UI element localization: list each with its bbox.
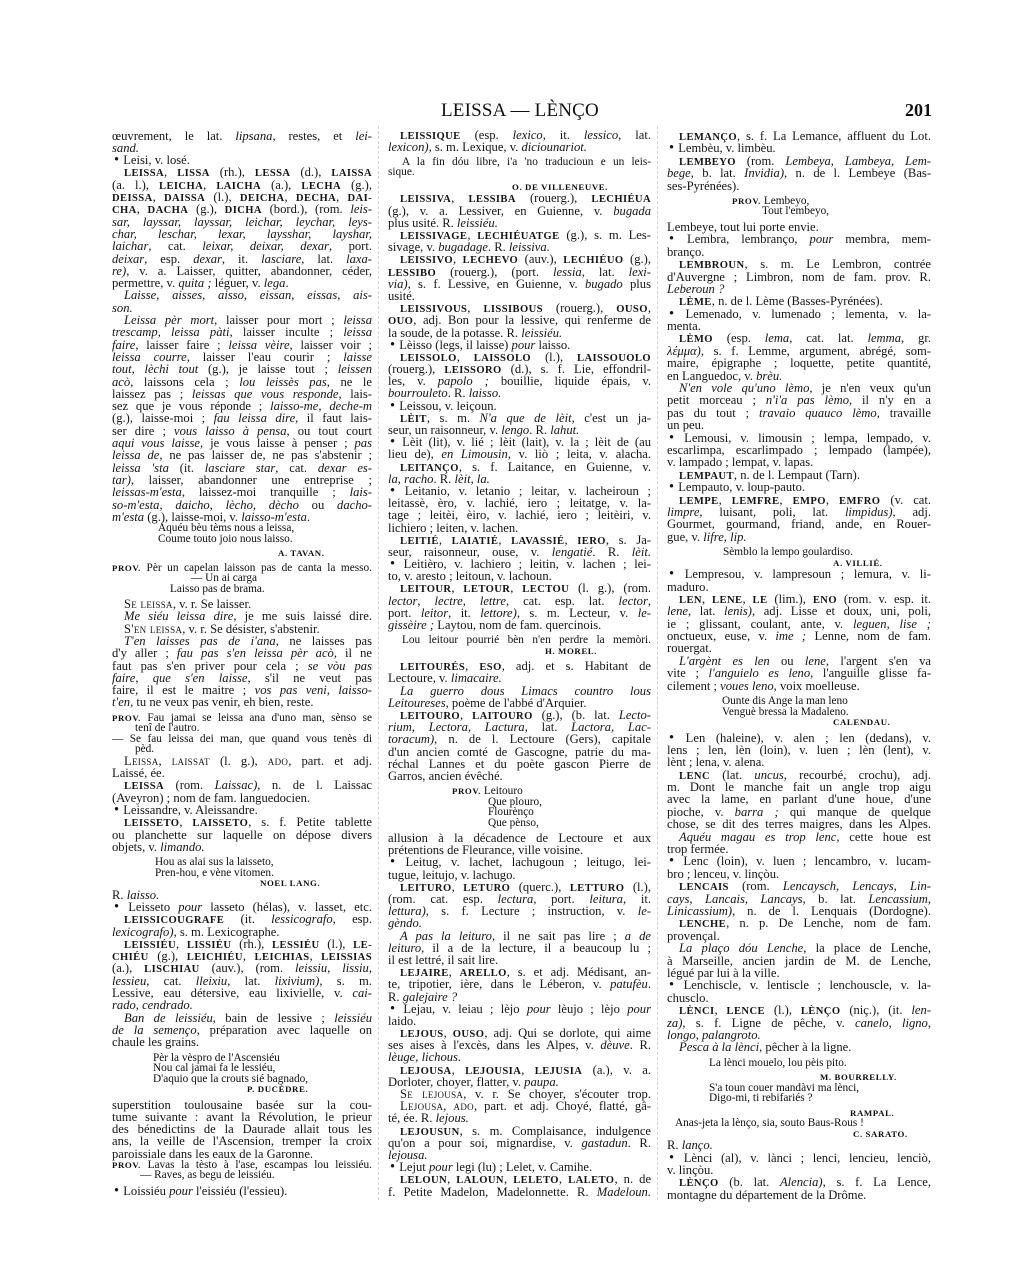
text-line: • Leitug, v. lachet, lachugoun ; leitugo… (388, 856, 651, 868)
text-line: • Lenchiscle, v. lentiscle ; lenchouscle… (667, 979, 931, 991)
text-line: • Lejut pour legi (lu) ; Lelet, v. Camih… (388, 1161, 651, 1173)
caps-label: PROV. (452, 786, 481, 796)
italic-text: Linicassium) (667, 904, 732, 918)
italic-text: lexicon) (388, 140, 429, 154)
italic-text: dèuve (600, 1038, 629, 1052)
text-line: • Lemenado, v. lumenado ; lementa, v. la… (667, 308, 931, 320)
text-line: A pas la leituro, il ne sait pas lire ; … (388, 930, 651, 942)
text-line: lieu de), en Limousin, v. liò ; leita, v… (388, 448, 651, 460)
text-line: lexicon), s. m. Lexique, v. diciounariot… (388, 141, 651, 153)
text-line: Tout l'embeyo, (667, 206, 931, 217)
italic-text: leissiéu. (457, 216, 498, 230)
italic-text: pour (169, 1184, 193, 1198)
bullet-icon: • (390, 337, 395, 353)
italic-text: Madeloun. (597, 1185, 651, 1199)
caps-label: PROV. (732, 196, 761, 206)
small-caps-text: ado (268, 754, 288, 768)
text-line: Anas-jeta la lènço, sia, souto Baus-Rous… (667, 1118, 931, 1129)
text-line: superstition toulousaine basée sur la co… (112, 1099, 372, 1111)
text-line: A. TAVAN. (112, 548, 372, 559)
italic-text: bugada (613, 204, 651, 218)
bullet-icon: • (669, 479, 674, 495)
text-line: lèuge, lichous. (388, 1051, 651, 1063)
text-line: LEITOUR, LETOUR, LECTOU (l. g.), (rom. (388, 582, 651, 594)
text-line: A la fin dóu libre, i'a 'no traducioun e… (388, 157, 651, 168)
text-line: LÈNCI, LENCE (l.), LÈNÇO (niç.), (it. le… (667, 1004, 931, 1016)
italic-text: le- (638, 606, 651, 620)
text-line: CALENDAU. (667, 717, 931, 728)
italic-text: lifre, lip. (703, 530, 746, 544)
italic-text: patufèu (610, 977, 648, 991)
text-line: • Loissiéu pour l'eissiéu (l'essieu). (112, 1185, 372, 1197)
page-number: 201 (872, 101, 932, 120)
text-line: gissèire ; Laytou, nom de fam. quercinoi… (388, 619, 651, 631)
text-line: maire, épigraphe ; loquette, petite quan… (667, 357, 931, 369)
italic-text: lessicografo (271, 912, 333, 926)
italic-text: Laisse, aisses, aisso, eissan, eissas, a… (124, 288, 372, 302)
text-line: LÈME, n. de l. Lème (Basses-Pyrénées). (667, 295, 931, 307)
column-right: LEMANÇO, s. f. La Lemance, affluent du L… (667, 130, 931, 1201)
text-line: Garros, ancien évêché. (388, 770, 651, 782)
text-line: d'un ancien comté de Gascogne, patrie du… (388, 746, 651, 758)
text-line: tage ; leitèi, èiro, v. lachié, iero ; l… (388, 509, 651, 521)
italic-text: pour (178, 900, 202, 914)
text-line: LÈMO (esp. lema, cat. lat. lemma, gr. (667, 332, 931, 344)
italic-text: lipsana (235, 129, 272, 143)
italic-text: t'en (112, 695, 130, 709)
bullet-icon: • (114, 1183, 119, 1199)
italic-text: lèuge (388, 1050, 415, 1064)
caps-label: NOEL LANG. (260, 878, 320, 888)
italic-text: Pesca à la lènci (679, 1040, 759, 1054)
text-line: gue, v. lifre, lip. (667, 531, 931, 543)
text-line: pas du tout ; travaio quauco lèmo, trava… (667, 407, 931, 419)
caps-label: PROV. (112, 713, 141, 723)
text-line: ans, la veille de l'Ascension, tremper l… (112, 1135, 372, 1147)
text-line: sique. (388, 167, 651, 178)
italic-text: cai- (352, 986, 372, 1000)
text-line: P. DUCÈDRE. (112, 1084, 372, 1095)
italic-text: dacho- (337, 498, 372, 512)
text-line: LÈNÇO (b. lat. Alencia), s. f. La Lence, (667, 1176, 931, 1188)
text-line: laichar, cat. leixar, deixar, dexar, por… (112, 240, 372, 252)
text-line: Laisse, aisses, aisso, eissan, eissas, a… (112, 289, 372, 301)
caps-label: RAMPAL. (850, 1108, 894, 1118)
text-line: objets, v. limando. (112, 841, 372, 853)
text-line: LEISSA (rom. Laissac), n. de l. Laissac (112, 779, 372, 791)
caps-label: CALENDAU. (833, 717, 890, 727)
text-line: LEISSA, LISSA (rh.), LESSA (d.), LAISSA (112, 166, 372, 178)
text-line: Sèmblo la lempo goulardiso. (667, 547, 931, 558)
caps-label: PROV. (112, 563, 141, 573)
italic-text: pour (627, 1002, 651, 1016)
text-line: via), s. f. Lessive, en Guienne, v. buga… (388, 278, 651, 290)
text-line: Nou cal jamai fa le lessiéu, (112, 1063, 372, 1074)
text-line: R. galejaire ? (388, 991, 651, 1003)
text-line: bege, b. lat. Invidia), n. de l. Lembeye… (667, 167, 931, 179)
bullet-icon: • (390, 1159, 395, 1175)
text-line: • Lempresou, v. lampresoun ; lemura, v. … (667, 568, 931, 580)
text-line: lene, lat. lenis), adj. Lisse et doux, u… (667, 605, 931, 617)
text-line: bourrouleto. R. laisso. (388, 387, 651, 399)
italic-text: pour (527, 1002, 551, 1016)
italic-text: lexicografo) (112, 925, 174, 939)
caps-label: P. DUCÈDRE. (247, 1084, 308, 1094)
italic-text: m'esta (112, 510, 144, 524)
text-line: LEISSETO, LAISSETO, s. f. Petite tablett… (112, 816, 372, 828)
text-line: f. Petite Madelon, Madelonnette. R. Made… (388, 1186, 651, 1198)
text-line: Venguè bressa la Madaleno. (667, 707, 931, 718)
text-line: — Raves, as begu de leissiéu. (112, 1170, 372, 1181)
italic-text: Leitoureses (388, 696, 446, 710)
text-line: Digo-mi, ti rebifariés ? (667, 1093, 931, 1104)
text-line: lènt ; lena, v. alena. (667, 756, 931, 768)
text-line: OUO, adj. Bon pour la lessive, qui renfe… (388, 314, 651, 326)
text-line: lexicografo), s. m. Lexicographe. (112, 926, 372, 938)
text-line: R. lanço. (667, 1139, 931, 1151)
text-line: La lènci mouelo, lou pèis pito. (667, 1058, 931, 1069)
text-line: Pesca à la lènci, pêcher à la ligne. (667, 1041, 931, 1053)
italic-text: voues leno (720, 679, 774, 693)
text-line: LENCHE, n. p. De Lenche, nom de fam. (667, 917, 931, 929)
caps-label: O. DE VILLENEUVE. (512, 182, 608, 192)
caps-label: C. SARATO. (853, 1129, 908, 1139)
text-line: Pren-hou, e vène vitomen. (112, 868, 372, 879)
text-line: lichiero ; leiten, v. lachen. (388, 522, 651, 534)
italic-text: Invidia) (744, 166, 784, 180)
italic-text: bugado (585, 277, 623, 291)
text-line: t'en, tu ne veux pas venir, eh bien, res… (112, 696, 372, 708)
bullet-icon: • (390, 398, 395, 414)
column-middle: LEISSIQUE (esp. lexico, it. lessico, lat… (388, 129, 651, 1198)
text-line: Laisso pas de brama. (112, 584, 372, 595)
text-line: œuvrement, le lat. lipsana, restes, et l… (112, 130, 372, 142)
text-line: ses-Pyrénées). (667, 180, 931, 192)
text-line: LEMBROUN, s. m. Le Lembron, contrée (667, 258, 931, 270)
text-line: • Lembra, lembranço, pour membra, mem- (667, 233, 931, 245)
caps-label: A. TAVAN. (278, 548, 325, 558)
text-line: • Lejau, v. leiau ; lèjo pour lèujo ; lè… (388, 1003, 651, 1015)
italic-text: gastadun (581, 1136, 627, 1150)
italic-text: limando. (160, 840, 204, 854)
text-line: deixar, esp. dexar, it. lasciare, lat. l… (112, 253, 372, 265)
italic-text: laisso- (338, 683, 372, 697)
text-line: toracum), n. de l. Lectoure (Gers), capi… (388, 733, 651, 745)
text-line: • Lenc (loin), v. luen ; lencambro, v. l… (667, 855, 931, 867)
bullet-icon: • (114, 152, 119, 168)
text-line: (a. l.), LEICHA, LAICHA (a.), LECHA (g.)… (112, 179, 372, 191)
column-left: œuvrement, le lat. lipsana, restes, et l… (112, 130, 372, 1198)
text-line: Ounte dis Ange la man leno (667, 696, 931, 707)
text-line: • Lempauto, v. loup-pauto. (667, 481, 931, 493)
caps-label: PROV. (112, 1160, 141, 1170)
text-line: chaule les grains. (112, 1036, 372, 1048)
text-line: vite ; l'anguielo es leno, l'anguille gl… (667, 667, 931, 679)
text-line: LEISSIVO, LECHEVO (auv.), LECHIÉUO (g.), (388, 253, 651, 265)
bullet-icon: • (669, 140, 674, 156)
text-line: LEISSIVA, LESSIBA (rouerg.), LECHIÉUA (388, 192, 651, 204)
italic-text: ime ; (775, 629, 806, 643)
column-divider (378, 126, 379, 1200)
italic-text: lei- (355, 129, 372, 143)
text-line: avec la lame, en parlant d'une houe, d'u… (667, 793, 931, 805)
small-caps-text: laissat (172, 754, 210, 768)
text-line: • Lèisso (legs, il laisse) pour laisso. (388, 339, 651, 351)
italic-text: lessico (584, 128, 618, 142)
text-line: Coume touto joio nous laisso. (112, 534, 372, 545)
italic-text: canelo (855, 1016, 889, 1030)
italic-text: pour (810, 232, 834, 246)
text-line: Que pènso, (388, 818, 651, 829)
text-line: H. MOREL. (388, 646, 651, 657)
italic-text: ligno (902, 1016, 928, 1030)
caps-label: H. MOREL. (545, 646, 597, 656)
text-line: v. lampado ; lempat, v. lapas. (667, 456, 931, 468)
text-line: un peu. (667, 419, 931, 431)
text-line: cilement ; voues leno, voix moelleuse. (667, 680, 931, 692)
column-divider (657, 126, 658, 1200)
text-line: té, ée. R. lejous. (388, 1112, 651, 1124)
italic-text: travaio quauco lèmo (759, 406, 877, 420)
text-line: montagne du département de la Drôme. (667, 1189, 931, 1201)
italic-text: bugadage (438, 240, 488, 254)
text-line: La plaço dóu Lenche, la place de Lenche, (667, 942, 931, 954)
text-line: lettura), s. f. Lecture ; instruction, v… (388, 905, 651, 917)
italic-text: diciounariot. (521, 140, 586, 154)
running-head: LEISSA — LÈNÇO (410, 101, 630, 120)
text-line: ou planchette sur laquelle on dépose div… (112, 829, 372, 841)
bullet-icon: • (114, 802, 119, 818)
text-line: (a.), LISCHIAU (auv.), (rom. leissiu, li… (112, 962, 372, 974)
italic-text: gissèire ; (388, 618, 434, 632)
text-line: Lou leitour pourrié bèn n'en perdre la m… (388, 635, 651, 646)
italic-text: le- (638, 904, 651, 918)
dictionary-page: LEISSA — LÈNÇO 201 œuvrement, le lat. li… (0, 0, 1024, 1280)
bullet-icon: • (114, 899, 119, 915)
text-line: D'aquio que la crouts sié bagnado, (112, 1074, 372, 1085)
caps-label: M. BOURRELLY. (820, 1072, 897, 1082)
